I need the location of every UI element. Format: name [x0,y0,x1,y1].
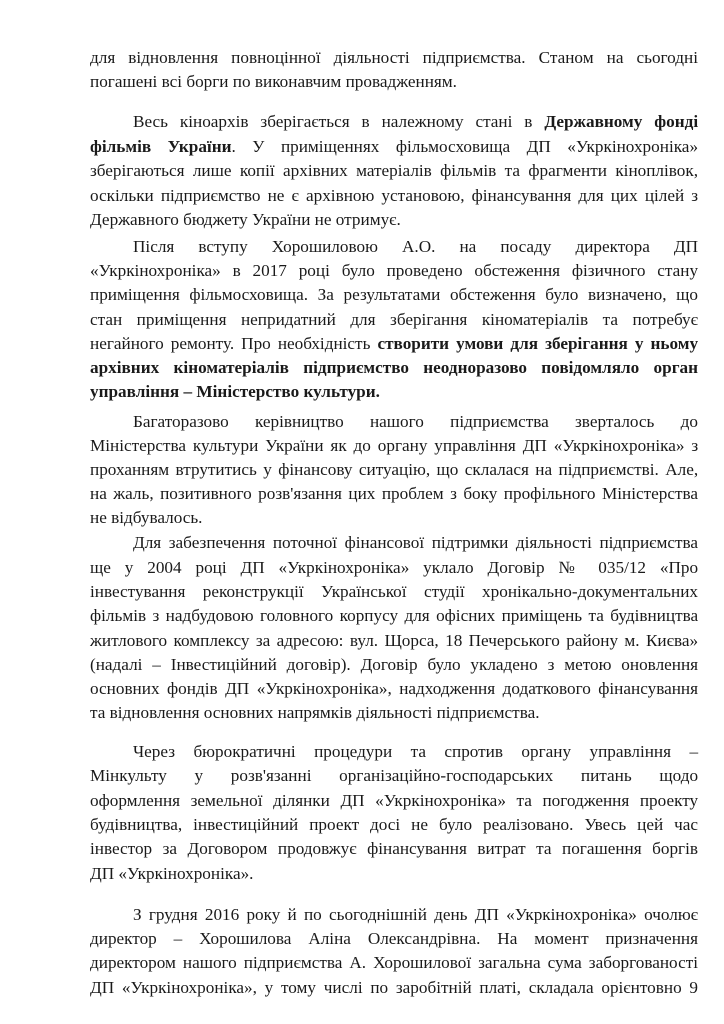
text-line: «Укркінохроніка» в 2017 році було провед… [90,260,698,282]
text-line: Після вступу Хорошиловою А.О. на посаду … [133,236,698,258]
text-line: ще у 2004 році ДП «Укркінохроніка» уклал… [90,557,698,579]
text-line: будівництва, інвестиційний проект досі н… [90,814,698,836]
text-line: негайного ремонту. Про необхідність ство… [90,333,698,355]
text-line: директором нашого підприємства А. Хороши… [90,952,698,974]
text-line: основних фондів ДП «Укркінохроніка», над… [90,678,698,700]
text-line: Мінкульту у розв'язанні організаційно-го… [90,765,698,787]
text-line: ДП «Укркінохроніка». [90,863,698,885]
text-line: оформлення земельної ділянки ДП «Укркіно… [90,790,698,812]
text-line: для відновлення повноцінної діяльності п… [90,47,698,69]
text-line: Багаторазово керівництво нашого підприєм… [133,411,698,433]
text-line: Міністерства культури України як до орга… [90,435,698,457]
text-line: директор – Хорошилова Аліна Олександрівн… [90,928,698,950]
text-line: на жаль, позитивного розв'язання цих про… [90,483,698,505]
text-line: фільмів з надбудовою головного корпусу д… [90,605,698,627]
text-line: архівних кіноматеріалів підприємство нео… [90,357,698,379]
text-line: житлового комплексу за адресою: вул. Щор… [90,630,698,652]
text-line: погашені всі борги по виконавчим провадж… [90,71,698,93]
text-line: зберігаються лише копії архівних матеріа… [90,160,698,182]
text-line: та відновлення основних напрямків діяльн… [90,702,698,724]
text-line: управління – Міністерство культури. [90,381,698,403]
text-line: приміщення фільмосховища. За результатам… [90,284,698,306]
text-line: Через бюрократичні процедури та спротив … [133,741,698,763]
document-page: для відновлення повноцінної діяльності п… [0,0,724,1024]
text-line: Весь кіноархів зберігається в належному … [133,111,698,133]
text-line: Для забезпечення поточної фінансової під… [133,532,698,554]
text-line: фільмів України. У приміщеннях фільмосхо… [90,136,698,158]
text-line: інвестор за Договором продовжує фінансув… [90,838,698,860]
text-line: оскільки підприємство не є архівною уста… [90,185,698,207]
text-line: інвестування реконструкції Української с… [90,581,698,603]
text-line: не відбувалось. [90,507,698,529]
text-line: З грудня 2016 року й по сьогоднішній ден… [133,904,698,926]
text-line: стан приміщення непридатний для зберіган… [90,309,698,331]
text-line: ДП «Укркінохроніка», у тому числі по зар… [90,977,698,999]
text-line: проханням втрутитись у фінансову ситуаці… [90,459,698,481]
text-line: (надалі – Інвестиційний договір). Догові… [90,654,698,676]
text-line: Державного бюджету України не отримує. [90,209,698,231]
